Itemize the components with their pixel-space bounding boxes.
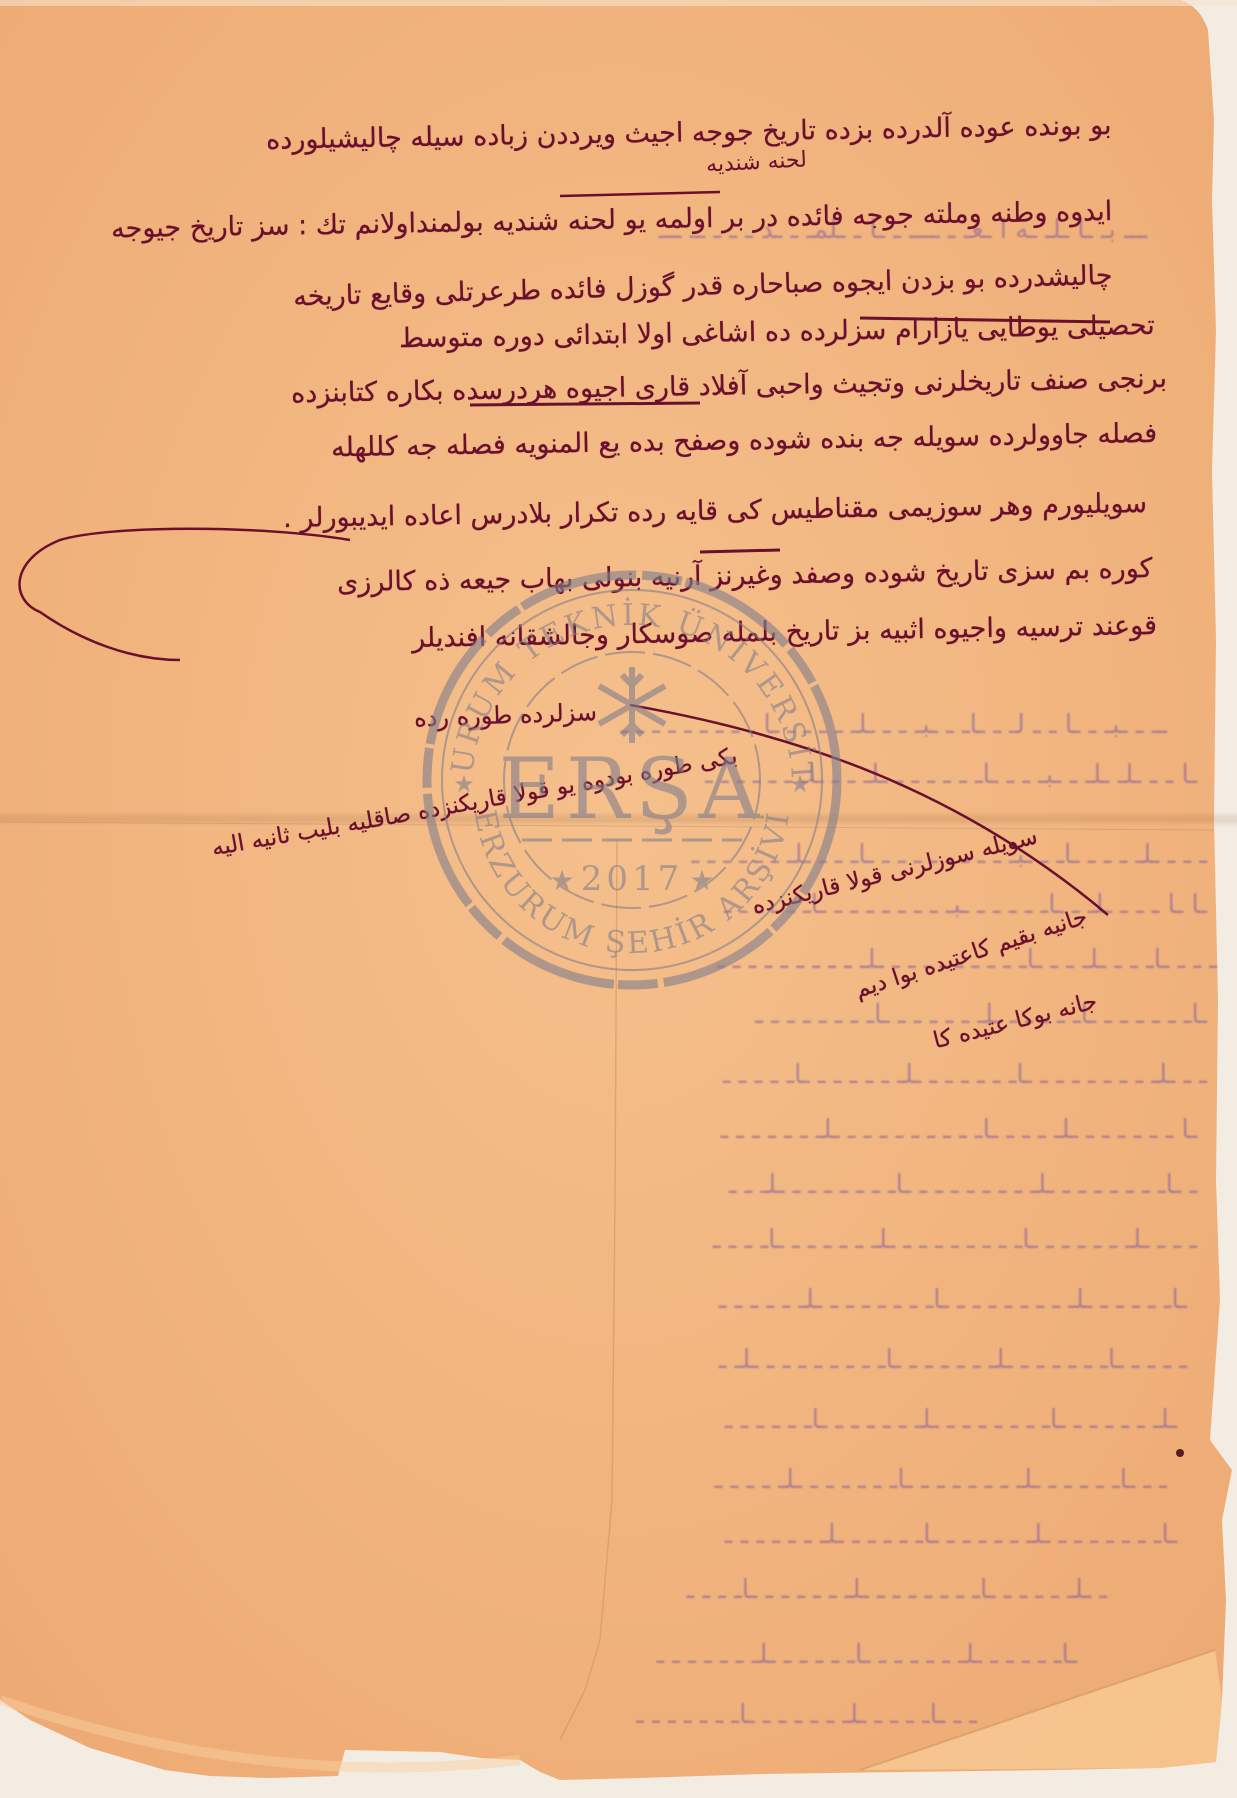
bleedthrough-line: ـ ـ ـ ـلـ ـ ـ ـ ـ ـ ـاـ ـ ـ ـ ـ ـ ـ ـ ـل…: [713, 1225, 1197, 1255]
bleedthrough-line: ـ ـاـ ـ ـ ـ ـ ـ ـ ـلـ ـ ـ ـ ـ ـ ـ ـ ـاـ …: [729, 1170, 1197, 1200]
bleedthrough-line: ـ ـ ـاـ ـ ـ ـ ـلـ ـ ـ ـ ـ ـ ـاـ ـ ـ ـ ـ …: [636, 1700, 977, 1730]
bleedthrough-line: ـ ـ ـ ـ ـاـ ـ ـ ـ ـ ـ ـلـ ـ ـ ـ ـ ـ ـاـ …: [719, 1345, 1187, 1375]
bleedthrough-line: ـلـ ـ ـ ـ ـ ـ ـاـ ـ ـ ـ ـ ـ ـ ـلـ ـ ـ ـ …: [725, 1405, 1177, 1435]
bleedthrough-line: ـا ـ ـ ـ ـ ـ ـ ـلـ ـ ـ ـ ـاـ ـ ـ ـ ـ ـ ـ…: [721, 1115, 1197, 1145]
stamp-year: 2017: [581, 859, 684, 899]
bleedthrough-line: ـاـ ـ ـ ـ ـ ـلـ ـ ـ ـ ـ ـ ـ ـ ـاـ ـ ـ ـ …: [719, 1285, 1187, 1315]
star-icon: ★: [453, 770, 475, 798]
bleedthrough-line: ـ ـ ـاـ ـ ـ ـ ـ ـلـ ـ ـ ـ ـ ـ ـ ـاـ ـ ـ …: [715, 1465, 1167, 1495]
interlinear-insertion: لحنه شندیه: [706, 147, 808, 177]
snowflake-emblem-icon: [599, 667, 665, 743]
stamp-center-text: ERŞA: [499, 740, 766, 838]
star-icon: ★: [549, 864, 574, 897]
archive-stamp: ERZURUM TEKNİK ÜNİVERSİTESİ ERZURUM ŞEHİ…: [412, 560, 852, 1000]
star-icon: ★: [789, 770, 811, 798]
bleedthrough-line: ـ ـلـ ـ ـ ـ ـ ـاـ ـ ـ ـ ـ ـ ـ ـلـ ـ ـ ـ …: [686, 1575, 1107, 1605]
document-sheet: ـــ بـ ـا ـلـ ـه ا ـعـ ـ ــــ ـ ـا ـ ـلم…: [0, 0, 1237, 1798]
bleedthrough-line: ـاـ ـ ـ ـ ـ ـ ـ ـلـ ـ ـ ـ ـ ـ ـاـ ـ ـ ـ …: [725, 1520, 1177, 1550]
star-icon: ★: [689, 864, 714, 897]
bleedthrough-line: ـ ـ ـلـ ـ ـ ـ ـ ـ ـ ـ ـاـ ـ ـ ـ ـ ـ ـلـ …: [723, 1060, 1207, 1090]
bleedthrough-line: ـاـ ـ ـ ـ ـ ـلـ ـ ـ ـ ـ ـ ـاـ ـ ـ ـ ـ ـل…: [656, 1640, 1077, 1670]
